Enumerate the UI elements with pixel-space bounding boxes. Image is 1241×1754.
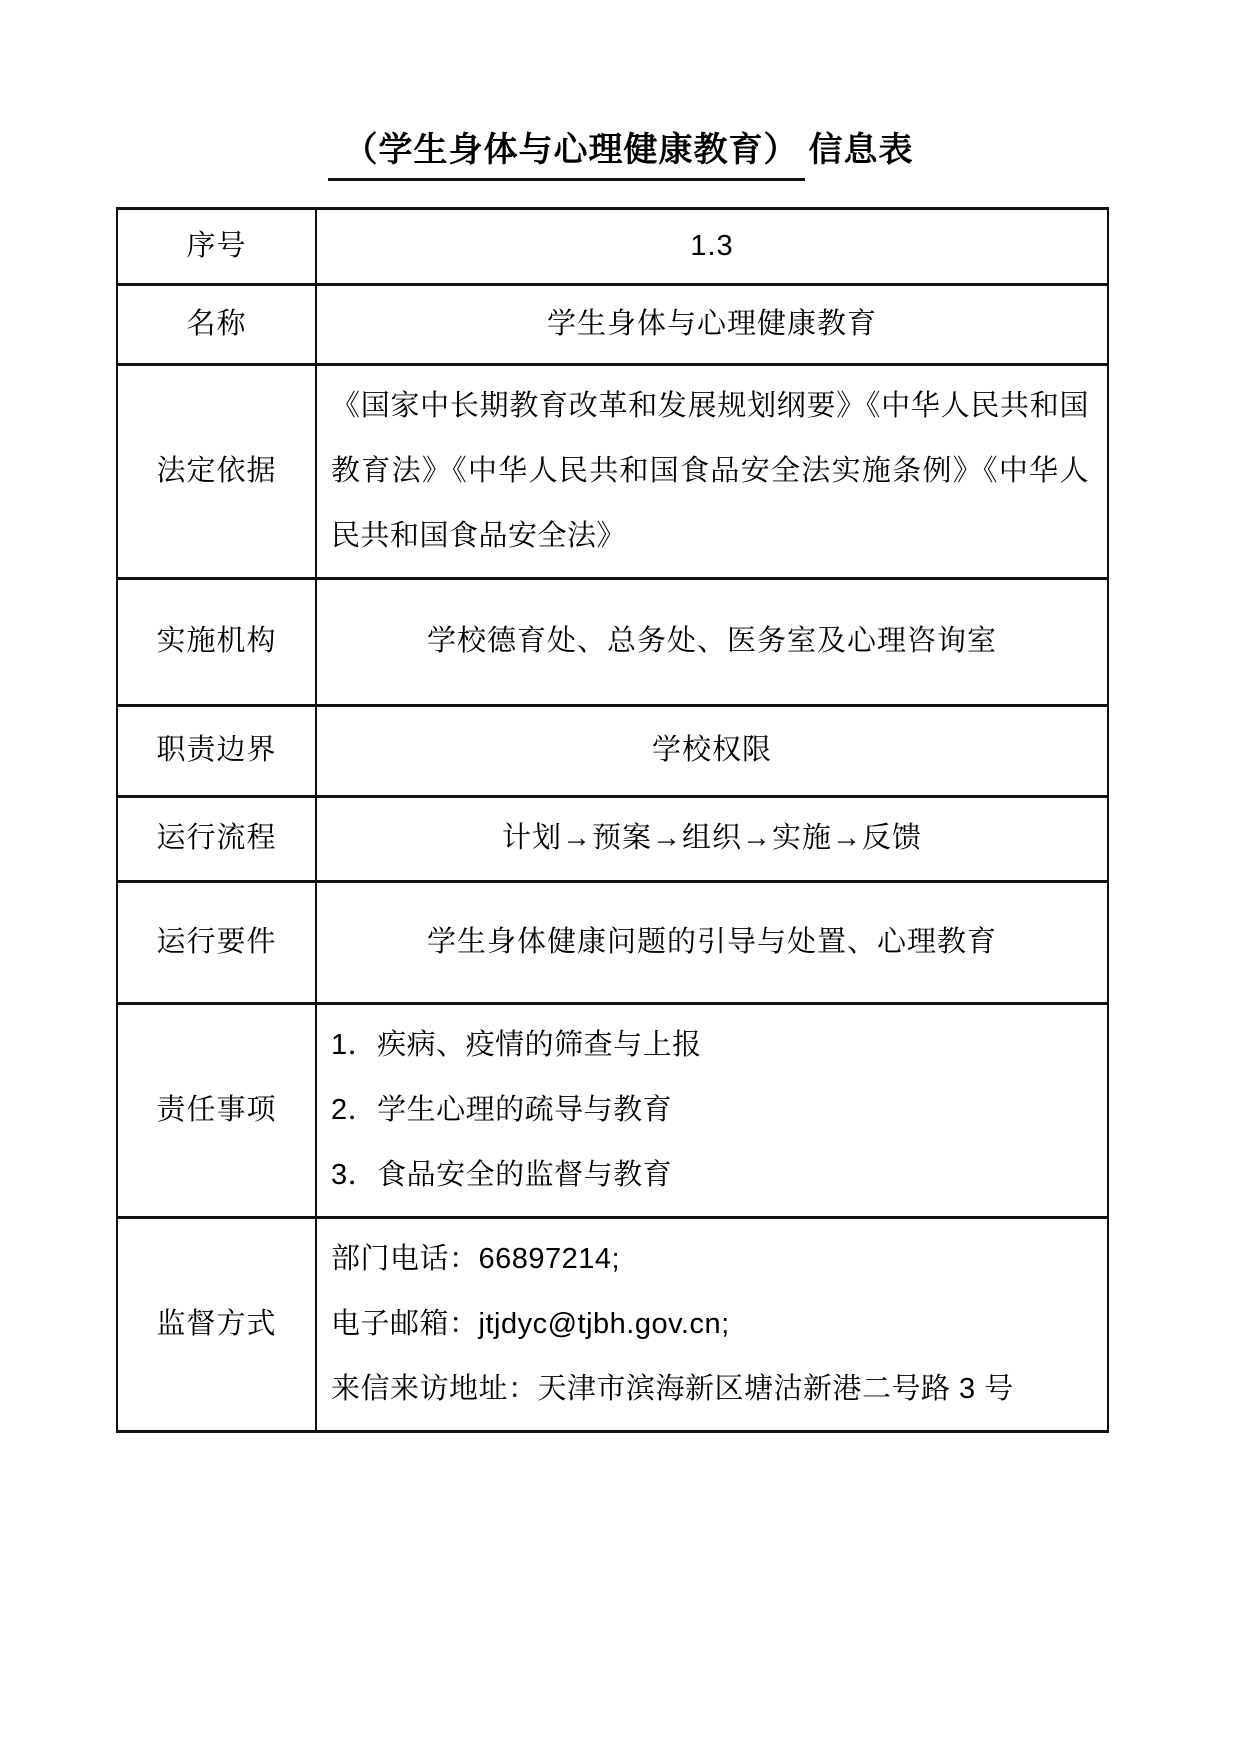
info-table: 序号 1.3 名称 学生身体与心理健康教育 法定依据 《国家中长期教育改革和发展… [116,207,1109,1433]
text-line: 《国家中长期教育改革和发展规划纲要》《中华人民共和国 [331,374,1089,439]
row-label: 监督方式 [117,1218,316,1432]
row-value: 学生身体健康问题的引导与处置、心理教育 [316,882,1108,1004]
row-label: 序号 [117,209,316,285]
row-value: 《国家中长期教育改革和发展规划纲要》《中华人民共和国 教育法》《中华人民共和国食… [316,365,1108,579]
text-line: 3．食品安全的监督与教育 [331,1143,1089,1208]
row-value: 计划→预案→组织→实施→反馈 [316,797,1108,882]
row-value: 部门电话：66897214; 电子邮箱：jtjdyc@tjbh.gov.cn; … [316,1218,1108,1432]
text-line: 来信来访地址：天津市滨海新区塘沽新港二号路 3 号 [331,1357,1089,1422]
table-row-implementing-agency: 实施机构 学校德育处、总务处、医务室及心理咨询室 [117,579,1108,706]
text-line: 民共和国食品安全法》 [331,504,1089,569]
row-label: 运行流程 [117,797,316,882]
table-row-serial-number: 序号 1.3 [117,209,1108,285]
text-line: 1．疾病、疫情的筛查与上报 [331,1013,1089,1078]
row-value: 学校德育处、总务处、医务室及心理咨询室 [316,579,1108,706]
row-label: 实施机构 [117,579,316,706]
row-label: 运行要件 [117,882,316,1004]
row-label: 责任事项 [117,1004,316,1218]
table-row-operation-process: 运行流程 计划→预案→组织→实施→反馈 [117,797,1108,882]
table-row-legal-basis: 法定依据 《国家中长期教育改革和发展规划纲要》《中华人民共和国 教育法》《中华人… [117,365,1108,579]
document-page: （学生身体与心理健康教育）信息表 序号 1.3 名称 学生身体与心理健康教育 法… [0,0,1241,1754]
row-value: 1．疾病、疫情的筛查与上报 2．学生心理的疏导与教育 3．食品安全的监督与教育 [316,1004,1108,1218]
text-line: 电子邮箱：jtjdyc@tjbh.gov.cn; [331,1292,1089,1357]
title-suffix: 信息表 [805,122,914,178]
table-row-name: 名称 学生身体与心理健康教育 [117,285,1108,365]
table-row-responsibility-items: 责任事项 1．疾病、疫情的筛查与上报 2．学生心理的疏导与教育 3．食品安全的监… [117,1004,1108,1218]
row-value: 学校权限 [316,706,1108,797]
text-line: 部门电话：66897214; [331,1227,1089,1292]
page-title: （学生身体与心理健康教育）信息表 [0,122,1241,181]
title-underlined-part: （学生身体与心理健康教育） [328,122,805,181]
row-value: 1.3 [316,209,1108,285]
row-label: 职责边界 [117,706,316,797]
text-line: 2．学生心理的疏导与教育 [331,1078,1089,1143]
table-row-supervision-method: 监督方式 部门电话：66897214; 电子邮箱：jtjdyc@tjbh.gov… [117,1218,1108,1432]
text-line: 教育法》《中华人民共和国食品安全法实施条例》《中华人 [331,439,1089,504]
row-label: 名称 [117,285,316,365]
row-label: 法定依据 [117,365,316,579]
table-row-responsibility-boundary: 职责边界 学校权限 [117,706,1108,797]
table-row-operation-requirements: 运行要件 学生身体健康问题的引导与处置、心理教育 [117,882,1108,1004]
row-value: 学生身体与心理健康教育 [316,285,1108,365]
